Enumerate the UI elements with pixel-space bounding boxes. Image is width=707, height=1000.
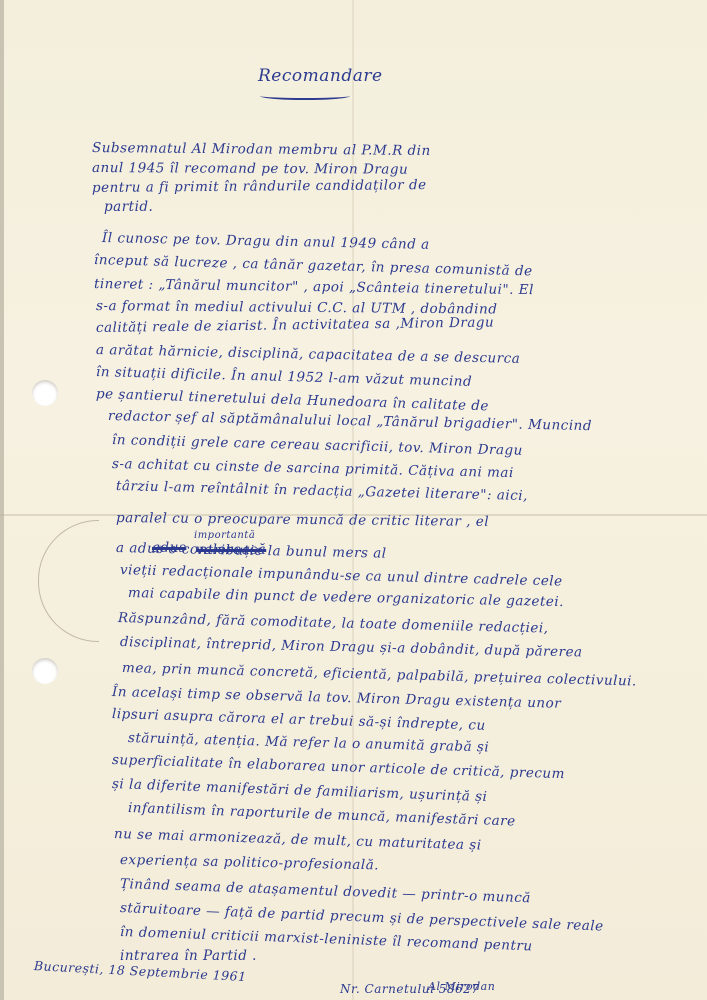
text-line: târziu l-am reîntâlnit în redacția „Gaze…: [116, 478, 528, 504]
text-line: a adus o contribuție la bunul mers al: [116, 540, 387, 562]
title-underline: [260, 92, 350, 100]
text-line: Răspunzând, fără comoditate, la toate do…: [118, 610, 549, 637]
text-line: partid.: [104, 199, 153, 215]
punch-hole-top: [32, 380, 58, 406]
text-line: în condiții grele care cereau sacrificii…: [112, 432, 523, 459]
text-line: mea, prin muncă concretă, eficientă, pal…: [122, 660, 637, 689]
text-line: lipsuri asupra cărora el ar trebui să-și…: [112, 706, 486, 734]
pencil-mark: [38, 520, 99, 642]
punch-hole-bottom: [32, 658, 58, 684]
text-line: mai capabile din punct de vedere organiz…: [128, 585, 564, 610]
text-line: redactor șef al săptămânalului local „Tâ…: [108, 408, 592, 434]
scan-edge: [0, 0, 4, 1000]
text-line: s-a achitat cu cinste de sarcina primită…: [112, 456, 514, 481]
text-line: intrarea în Partid .: [120, 948, 257, 964]
letter-page: Recomandare Subsemnatul Al Mirodan membr…: [0, 0, 707, 1000]
document-title: Recomandare: [258, 66, 383, 86]
text-line: nu se mai armonizează, de mult, cu matur…: [114, 826, 482, 854]
inserted-word: importantă: [194, 530, 255, 541]
text-line: în situații dificile. În anul 1952 l-am …: [96, 364, 473, 390]
text-line: început să lucreze , ca tânăr gazetar, î…: [94, 252, 533, 279]
text-line: experiența sa politico-profesională.: [120, 852, 379, 873]
text-line: calități reale de ziarist. În activitate…: [96, 314, 494, 336]
text-line: pentru a fi primit în rândurile candidaț…: [92, 177, 427, 196]
text-line: anul 1945 îl recomand pe tov. Miron Drag…: [92, 160, 408, 178]
text-line: paralel cu o preocupare muncă de critic …: [116, 510, 489, 530]
text-line: stăruință, atenția. Mă refer la o anumit…: [128, 730, 490, 755]
text-line: Îl cunosc pe tov. Dragu din anul 1949 câ…: [102, 230, 430, 253]
text-line: Subsemnatul Al Mirodan membru al P.M.R d…: [92, 140, 431, 159]
card-number: Nr. Carnetului 58627: [340, 982, 479, 996]
text-line: tineret : „Tânărul muncitor" , apoi „Scâ…: [94, 276, 534, 298]
text-line: a arătat hărnicie, disciplină, capacitat…: [96, 342, 521, 367]
text-line: infantilism în raporturile de muncă, man…: [128, 800, 516, 830]
